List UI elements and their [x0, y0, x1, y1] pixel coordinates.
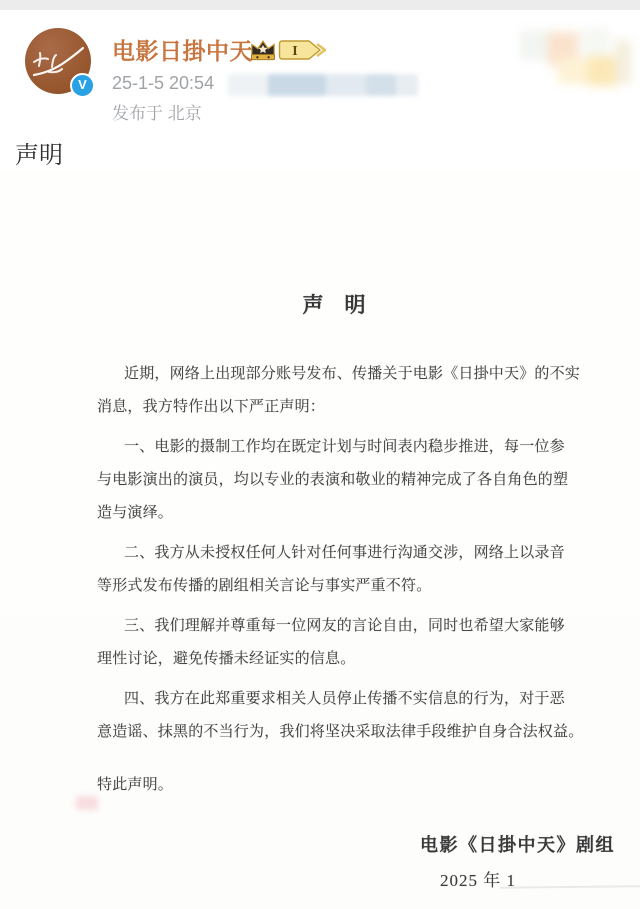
weibo-post-page: V 电影日掛中天 I 25-1-5 20:54 发布于 北京: [0, 0, 640, 909]
statement-paragraph: 四、我方在此郑重要求相关人员停止传播不实信息的行为，对于恶 意造谣、抹黑的不当行…: [97, 683, 572, 749]
vip-badge[interactable]: I: [249, 37, 334, 63]
statement-line: 四、我方在此郑重要求相关人员停止传播不实信息的行为，对于恶: [97, 683, 572, 716]
statement-body: 近期，网络上出现部分账号发布、传播关于电影《日掛中天》的不实 消息，我方特作出以…: [97, 358, 572, 802]
statement-line: 意造谣、抹黑的不当行为，我们将坚决采取法律手段维护自身合法权益。: [97, 716, 572, 749]
paper-fold-line: [500, 885, 640, 888]
statement-signature: 电影《日掛中天》剧组: [0, 831, 615, 857]
timestamp: 25-1-5 20:54: [112, 73, 214, 94]
statement-paragraph: 一、电影的摄制工作均在既定计划与时间表内稳步推进，每一位参 与电影演出的演员，均…: [97, 431, 572, 530]
post-location: 发布于 北京: [112, 99, 202, 124]
statement-paragraph: 二、我方从未授权任何人针对任何事进行沟通交涉，网络上以录音 等形式发布传播的剧组…: [97, 537, 572, 603]
paper-artifact: [76, 796, 98, 810]
statement-line: 二、我方从未授权任何人针对任何事进行沟通交涉，网络上以录音: [97, 537, 572, 570]
statement-line: 消息，我方特作出以下严正声明：: [97, 391, 572, 424]
statement-line: 与电影演出的演员，均以专业的表演和敬业的精神完成了各自角色的塑: [97, 464, 572, 497]
vip-crown-icon: [249, 37, 277, 63]
vip-level-text: I: [292, 44, 297, 59]
action-button-redacted-blur: [505, 18, 635, 94]
source-redacted-blur: [228, 74, 418, 96]
statement-line: 造与演绎。: [97, 497, 572, 530]
statement-line: 等形式发布传播的剧组相关言论与事实严重不符。: [97, 570, 572, 603]
post-text: 声明: [15, 135, 63, 170]
statement-line: 近期，网络上出现部分账号发布、传播关于电影《日掛中天》的不实: [97, 358, 572, 391]
vip-level-tag: I: [278, 38, 334, 62]
statement-title: 声 明: [14, 289, 640, 319]
statement-line: 一、电影的摄制工作均在既定计划与时间表内稳步推进，每一位参: [97, 431, 572, 464]
statement-image[interactable]: 声 明 近期，网络上出现部分账号发布、传播关于电影《日掛中天》的不实 消息，我方…: [0, 170, 640, 909]
top-divider: [0, 0, 640, 10]
avatar[interactable]: V: [25, 28, 91, 94]
statement-paragraph: 三、我们理解并尊重每一位网友的言论自由，同时也希望大家能够 理性讨论，避免传播未…: [97, 610, 572, 676]
statement-closing: 特此声明。: [97, 769, 572, 802]
verified-badge-icon: V: [70, 73, 95, 98]
statement-paragraph: 近期，网络上出现部分账号发布、传播关于电影《日掛中天》的不实 消息，我方特作出以…: [97, 358, 572, 424]
statement-line: 理性讨论，避免传播未经证实的信息。: [97, 643, 572, 676]
username-link[interactable]: 电影日掛中天: [112, 33, 253, 66]
statement-line: 三、我们理解并尊重每一位网友的言论自由，同时也希望大家能够: [97, 610, 572, 643]
